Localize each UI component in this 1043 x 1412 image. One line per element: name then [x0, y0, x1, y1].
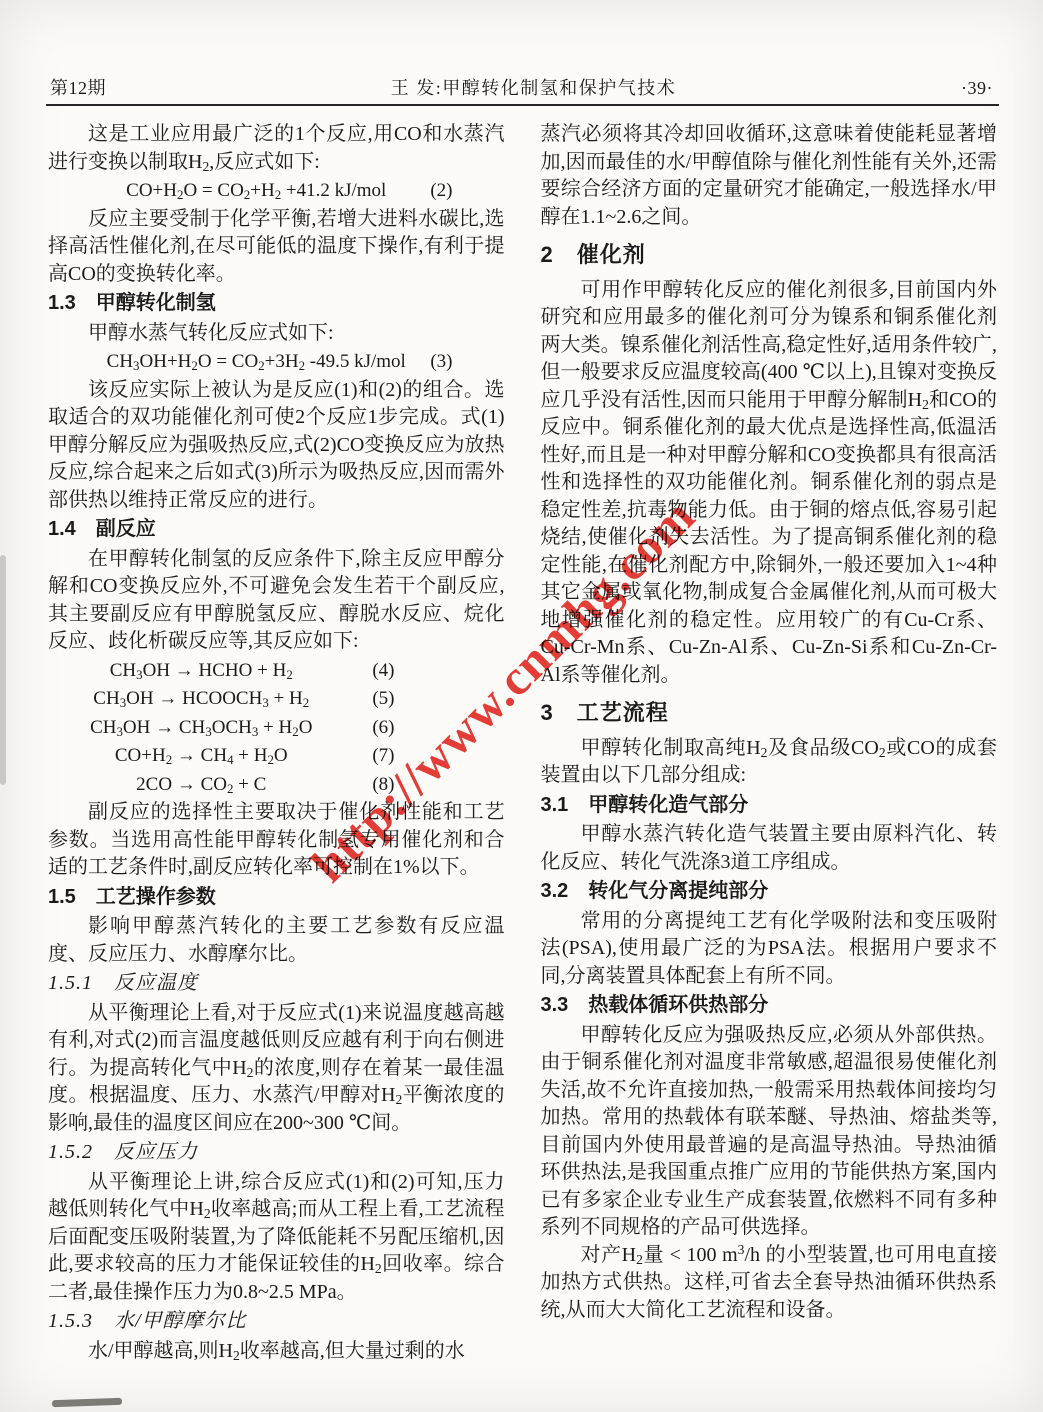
section-heading: 3 工艺流程 [541, 699, 998, 727]
equation-number: (6) [372, 714, 394, 742]
equation: 2CO → CO2 + C(8) [48, 771, 505, 799]
equation-formula: CO+H2O = CO2+H2 +41.2 kJ/mol [126, 180, 386, 201]
paragraph: 常用的分离提纯工艺有化学吸附法和变压吸附法(PSA),使用最广泛的为PSA法。根… [541, 908, 998, 991]
subsubsection-heading: 1.5.1 反应温度 [48, 970, 505, 998]
equation-formula: CO+H2 → CH4 + H2O [115, 745, 288, 766]
subsection-heading: 1.5 工艺操作参数 [48, 884, 505, 912]
issue-label: 第12期 [50, 74, 106, 100]
equation-formula: CH3OH → HCHO + H2 [110, 660, 293, 681]
equation-number: (7) [372, 742, 394, 770]
running-title: 王 发:甲醇转化制氢和保护气技术 [391, 74, 677, 100]
equation: CH3OH → HCHO + H2(4) [48, 657, 505, 685]
paragraph: 甲醇水蒸汽转化造气装置主要由原料汽化、转化反应、转化气洗涤3道工序组成。 [541, 821, 998, 876]
paragraph: 从平衡理论上讲,综合反应式(1)和(2)可知,压力越低则转化气中H2收率越高;而… [48, 1169, 505, 1307]
paragraph: 反应主要受制于化学平衡,若增大进料水碳比,选择高活性催化剂,在尽可能低的温度下操… [48, 206, 505, 289]
paragraph: 对产H2量 < 100 m3/h 的小型装置,也可用电直接加热方式供热。这样,可… [541, 1242, 998, 1325]
subsection-heading: 3.1 甲醇转化造气部分 [541, 792, 998, 820]
equation-formula: CH3OH → HCOOCH3 + H2 [93, 688, 309, 709]
page-number: ·39· [961, 78, 993, 99]
equation: CH3OH → CH3OCH3 + H2O(6) [48, 714, 505, 742]
equation-number: (5) [372, 685, 394, 713]
subsection-heading: 1.3 甲醇转化制氢 [48, 290, 505, 318]
page-header: 第12期 王 发:甲醇转化制氢和保护气技术 ·39· [50, 74, 993, 100]
paragraph: 水/甲醇越高,则H2收率越高,但大量过剩的水 [48, 1338, 505, 1366]
subsection-heading: 3.3 热载体循环供热部分 [541, 992, 998, 1020]
paragraph: 蒸汽必须将其冷却回收循环,这意味着使能耗显著增加,因而最佳的水/甲醇值除与催化剂… [541, 121, 998, 231]
paragraph: 甲醇转化制取高纯H2及食品级CO2或CO的成套装置由以下几部分组成: [541, 735, 998, 790]
paragraph: 这是工业应用最广泛的1个反应,用CO和水蒸汽进行变换以制取H2,反应式如下: [48, 121, 505, 176]
equation-formula: CH3OH+H2O = CO2+3H2 -49.5 kJ/mol [107, 351, 406, 372]
scan-artifact [0, 555, 6, 785]
paragraph: 影响甲醇蒸汽转化的主要工艺参数有反应温度、反应压力、水醇摩尔比。 [48, 913, 505, 968]
subsubsection-heading: 1.5.2 反应压力 [48, 1139, 505, 1167]
paragraph: 副反应的选择性主要取决于催化剂性能和工艺参数。当选用高性能甲醇转化制氢专用催化剂… [48, 799, 505, 882]
equation: CH3OH+H2O = CO2+3H2 -49.5 kJ/mol(3) [48, 348, 505, 376]
paragraph: 从平衡理论上看,对于反应式(1)来说温度越高越有利,对式(2)而言温度越低则反应… [48, 1000, 505, 1138]
equation-number: (2) [430, 177, 452, 205]
journal-page: 第12期 王 发:甲醇转化制氢和保护气技术 ·39· 这是工业应用最广泛的1个反… [0, 0, 1043, 1412]
subsubsection-heading: 1.5.3 水/甲醇摩尔比 [48, 1308, 505, 1336]
paragraph: 甲醇水蒸气转化反应式如下: [48, 320, 505, 348]
subsection-heading: 1.4 副反应 [48, 516, 505, 544]
subsection-heading: 3.2 转化气分离提纯部分 [541, 878, 998, 906]
article-body: 这是工业应用最广泛的1个反应,用CO和水蒸汽进行变换以制取H2,反应式如下:CO… [48, 121, 997, 1365]
header-rule [46, 104, 999, 106]
equation-number: (8) [372, 771, 394, 799]
equation: CO+H2 → CH4 + H2O(7) [48, 742, 505, 770]
paragraph: 可用作甲醇转化反应的催化剂很多,目前国内外研究和应用最多的催化剂可分为镍系和铜系… [541, 277, 998, 690]
right-column: 蒸汽必须将其冷却回收循环,这意味着使能耗显著增加,因而最佳的水/甲醇值除与催化剂… [541, 121, 998, 1365]
paragraph: 甲醇转化反应为强吸热反应,必须从外部供热。由于铜系催化剂对温度非常敏感,超温很易… [541, 1022, 998, 1242]
equation-formula: 2CO → CO2 + C [136, 774, 266, 795]
paragraph: 在甲醇转化制氢的反应条件下,除主反应甲醇分解和CO变换反应外,不可避免会发生若干… [48, 546, 505, 656]
scan-artifact [52, 1398, 122, 1407]
paragraph: 该反应实际上被认为是反应(1)和(2)的组合。选取适合的双功能催化剂可使2个反应… [48, 377, 505, 515]
equation: CH3OH → HCOOCH3 + H2(5) [48, 685, 505, 713]
section-heading: 2 催化剂 [541, 241, 998, 269]
equation: CO+H2O = CO2+H2 +41.2 kJ/mol(2) [48, 177, 505, 205]
left-column: 这是工业应用最广泛的1个反应,用CO和水蒸汽进行变换以制取H2,反应式如下:CO… [48, 121, 505, 1365]
equation-number: (3) [430, 348, 452, 376]
equation-number: (4) [372, 657, 394, 685]
equation-formula: CH3OH → CH3OCH3 + H2O [90, 717, 312, 738]
